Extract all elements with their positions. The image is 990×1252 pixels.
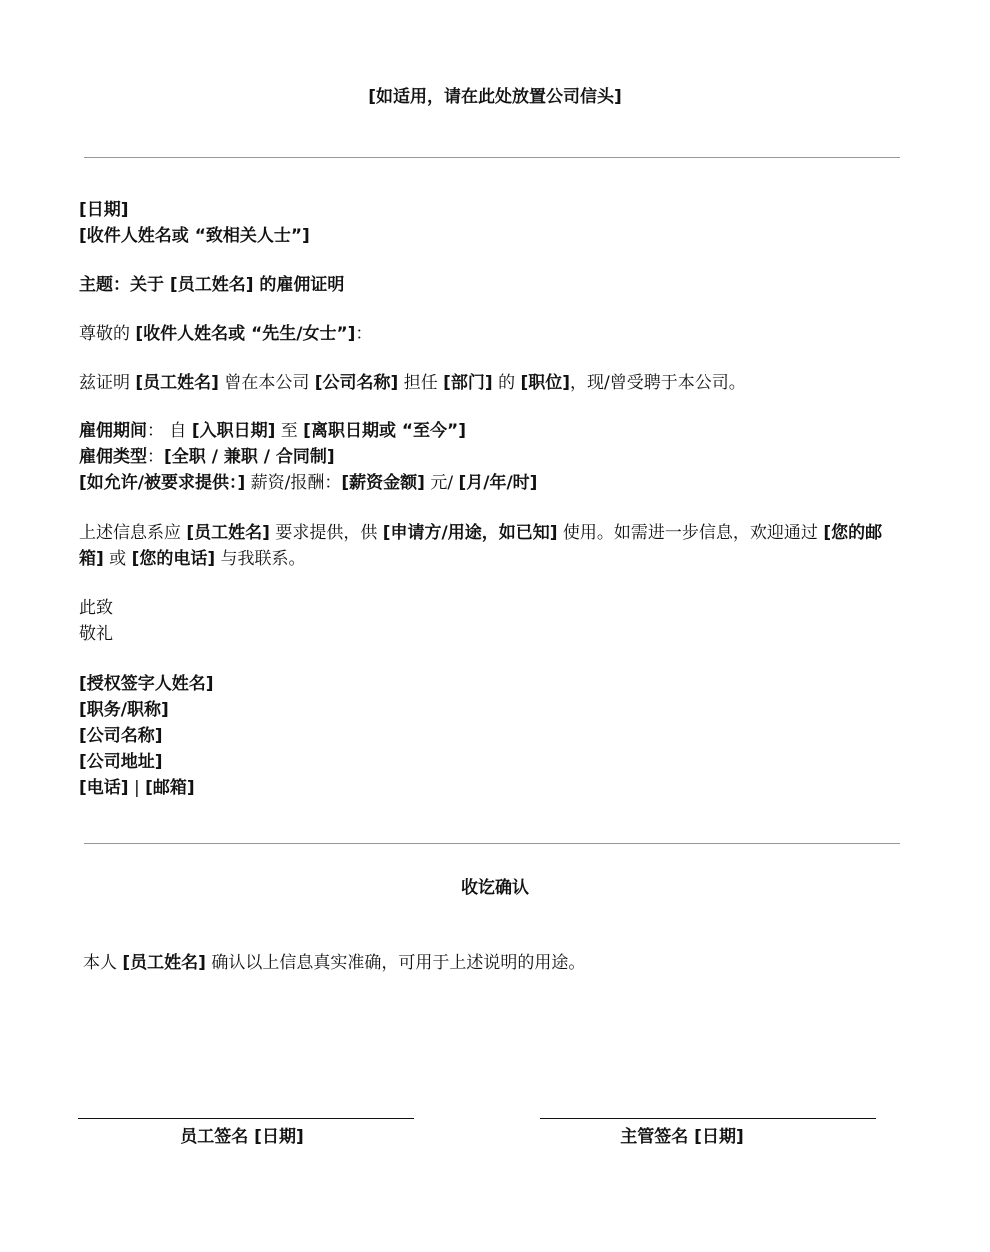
header-block: [日期] [收件人姓名或 “致相关人士”] [79, 197, 901, 249]
type-placeholder: [全职 / 兼职 / 合同制] [164, 447, 335, 467]
position-placeholder: [职位] [520, 373, 570, 393]
subject-text: 关于 [130, 275, 170, 295]
separator: | [129, 778, 146, 798]
salary-condition: [如允许/被要求提供：] [79, 473, 245, 493]
closing-line-2: 敬礼 [79, 621, 901, 647]
salutation-suffix: ： [355, 324, 372, 344]
signatory-title: [职务/职称] [79, 697, 901, 723]
info-paragraph: 上述信息系应 [员工姓名] 要求提供，供 [申请方/用途，如已知] 使用。如需进… [79, 520, 901, 572]
closing-line-1: 此致 [79, 595, 901, 621]
salutation: 尊敬的 [收件人姓名或 “先生/女士”]： [79, 321, 901, 347]
salary-label: 薪资/报酬： [245, 473, 341, 493]
certification-paragraph: 兹证明 [员工姓名] 曾在本公司 [公司名称] 担任 [部门] 的 [职位]，现… [79, 370, 901, 396]
employee-name-placeholder: [员工姓名] [186, 523, 270, 543]
document-page: [如适用，请在此处放置公司信头] [日期] [收件人姓名或 “致相关人士”] 主… [0, 0, 990, 1252]
type-label: 雇佣类型 [79, 447, 147, 467]
subject-label: 主题： [79, 275, 130, 295]
text: 上述信息系应 [79, 523, 186, 543]
end-date-placeholder: [离职日期或 “至今”] [303, 421, 466, 441]
text: 担任 [398, 373, 443, 393]
salary-unit: 元/ [425, 473, 459, 493]
signature-block: [授权签字人姓名] [职务/职称] [公司名称] [公司地址] [电话] | [… [79, 671, 901, 801]
employment-period-row: 雇佣期间： 自 [入职日期] 至 [离职日期或 “至今”] [79, 418, 901, 444]
supervisor-signature-line [540, 1118, 876, 1119]
signatory-name: [授权签字人姓名] [79, 671, 901, 697]
signature-phone: [电话] [79, 778, 129, 798]
subject-line: 主题：关于 [员工姓名] 的雇佣证明 [79, 272, 901, 298]
employment-details: 雇佣期间： 自 [入职日期] 至 [离职日期或 “至今”] 雇佣类型：[全职 /… [79, 418, 901, 496]
signature-company: [公司名称] [79, 723, 901, 749]
text: ，现/曾受聘于本公司。 [570, 373, 746, 393]
text: 的 [493, 373, 521, 393]
phone-placeholder: [您的电话] [132, 549, 216, 569]
salutation-recipient: [收件人姓名或 “先生/女士”] [135, 324, 355, 344]
colon: ： [147, 421, 164, 441]
subject-employee: [员工姓名] [170, 275, 254, 295]
signature-email: [邮箱] [145, 778, 195, 798]
salary-amount-placeholder: [薪资金额] [341, 473, 425, 493]
start-date-placeholder: [入职日期] [192, 421, 276, 441]
subject-text-after: 的雇佣证明 [253, 275, 344, 295]
salary-row: [如允许/被要求提供：] 薪资/报酬：[薪资金额] 元/ [月/年/时] [79, 470, 901, 496]
date-placeholder: [日期] [79, 197, 901, 223]
employment-type-row: 雇佣类型：[全职 / 兼职 / 合同制] [79, 444, 901, 470]
colon: ： [147, 447, 164, 467]
text: 至 [275, 421, 303, 441]
text: 与我联系。 [215, 549, 305, 569]
signature-address: [公司地址] [79, 749, 901, 775]
text: 兹证明 [79, 373, 135, 393]
top-divider [84, 157, 900, 158]
employee-name-placeholder: [员工姓名] [122, 953, 206, 973]
employee-name-placeholder: [员工姓名] [135, 373, 219, 393]
text: 要求提供，供 [270, 523, 383, 543]
text: 曾在本公司 [219, 373, 315, 393]
signature-contact: [电话] | [邮箱] [79, 775, 901, 801]
department-placeholder: [部门] [443, 373, 493, 393]
period-label: 雇佣期间 [79, 421, 147, 441]
acknowledgement-text: 本人 [员工姓名] 确认以上信息真实准确，可用于上述说明的用途。 [83, 950, 903, 976]
text: 本人 [83, 953, 122, 973]
text: 使用。如需进一步信息，欢迎通过 [558, 523, 824, 543]
closing: 此致 敬礼 [79, 595, 901, 647]
bottom-divider [84, 843, 900, 844]
purpose-placeholder: [申请方/用途，如已知] [383, 523, 558, 543]
acknowledgement-title: 收讫确认 [0, 875, 990, 901]
company-name-placeholder: [公司名称] [315, 373, 399, 393]
text: 或 [104, 549, 132, 569]
text: 自 [164, 421, 192, 441]
salutation-prefix: 尊敬的 [79, 324, 135, 344]
employee-signature-line [78, 1118, 414, 1119]
recipient-placeholder: [收件人姓名或 “致相关人士”] [79, 223, 901, 249]
letterhead-placeholder: [如适用，请在此处放置公司信头] [0, 84, 990, 110]
supervisor-signature-label: 主管签名 [日期] [514, 1124, 850, 1150]
employee-signature-label: 员工签名 [日期] [74, 1124, 410, 1150]
text: 确认以上信息真实准确，可用于上述说明的用途。 [206, 953, 585, 973]
salary-period-placeholder: [月/年/时] [458, 473, 537, 493]
